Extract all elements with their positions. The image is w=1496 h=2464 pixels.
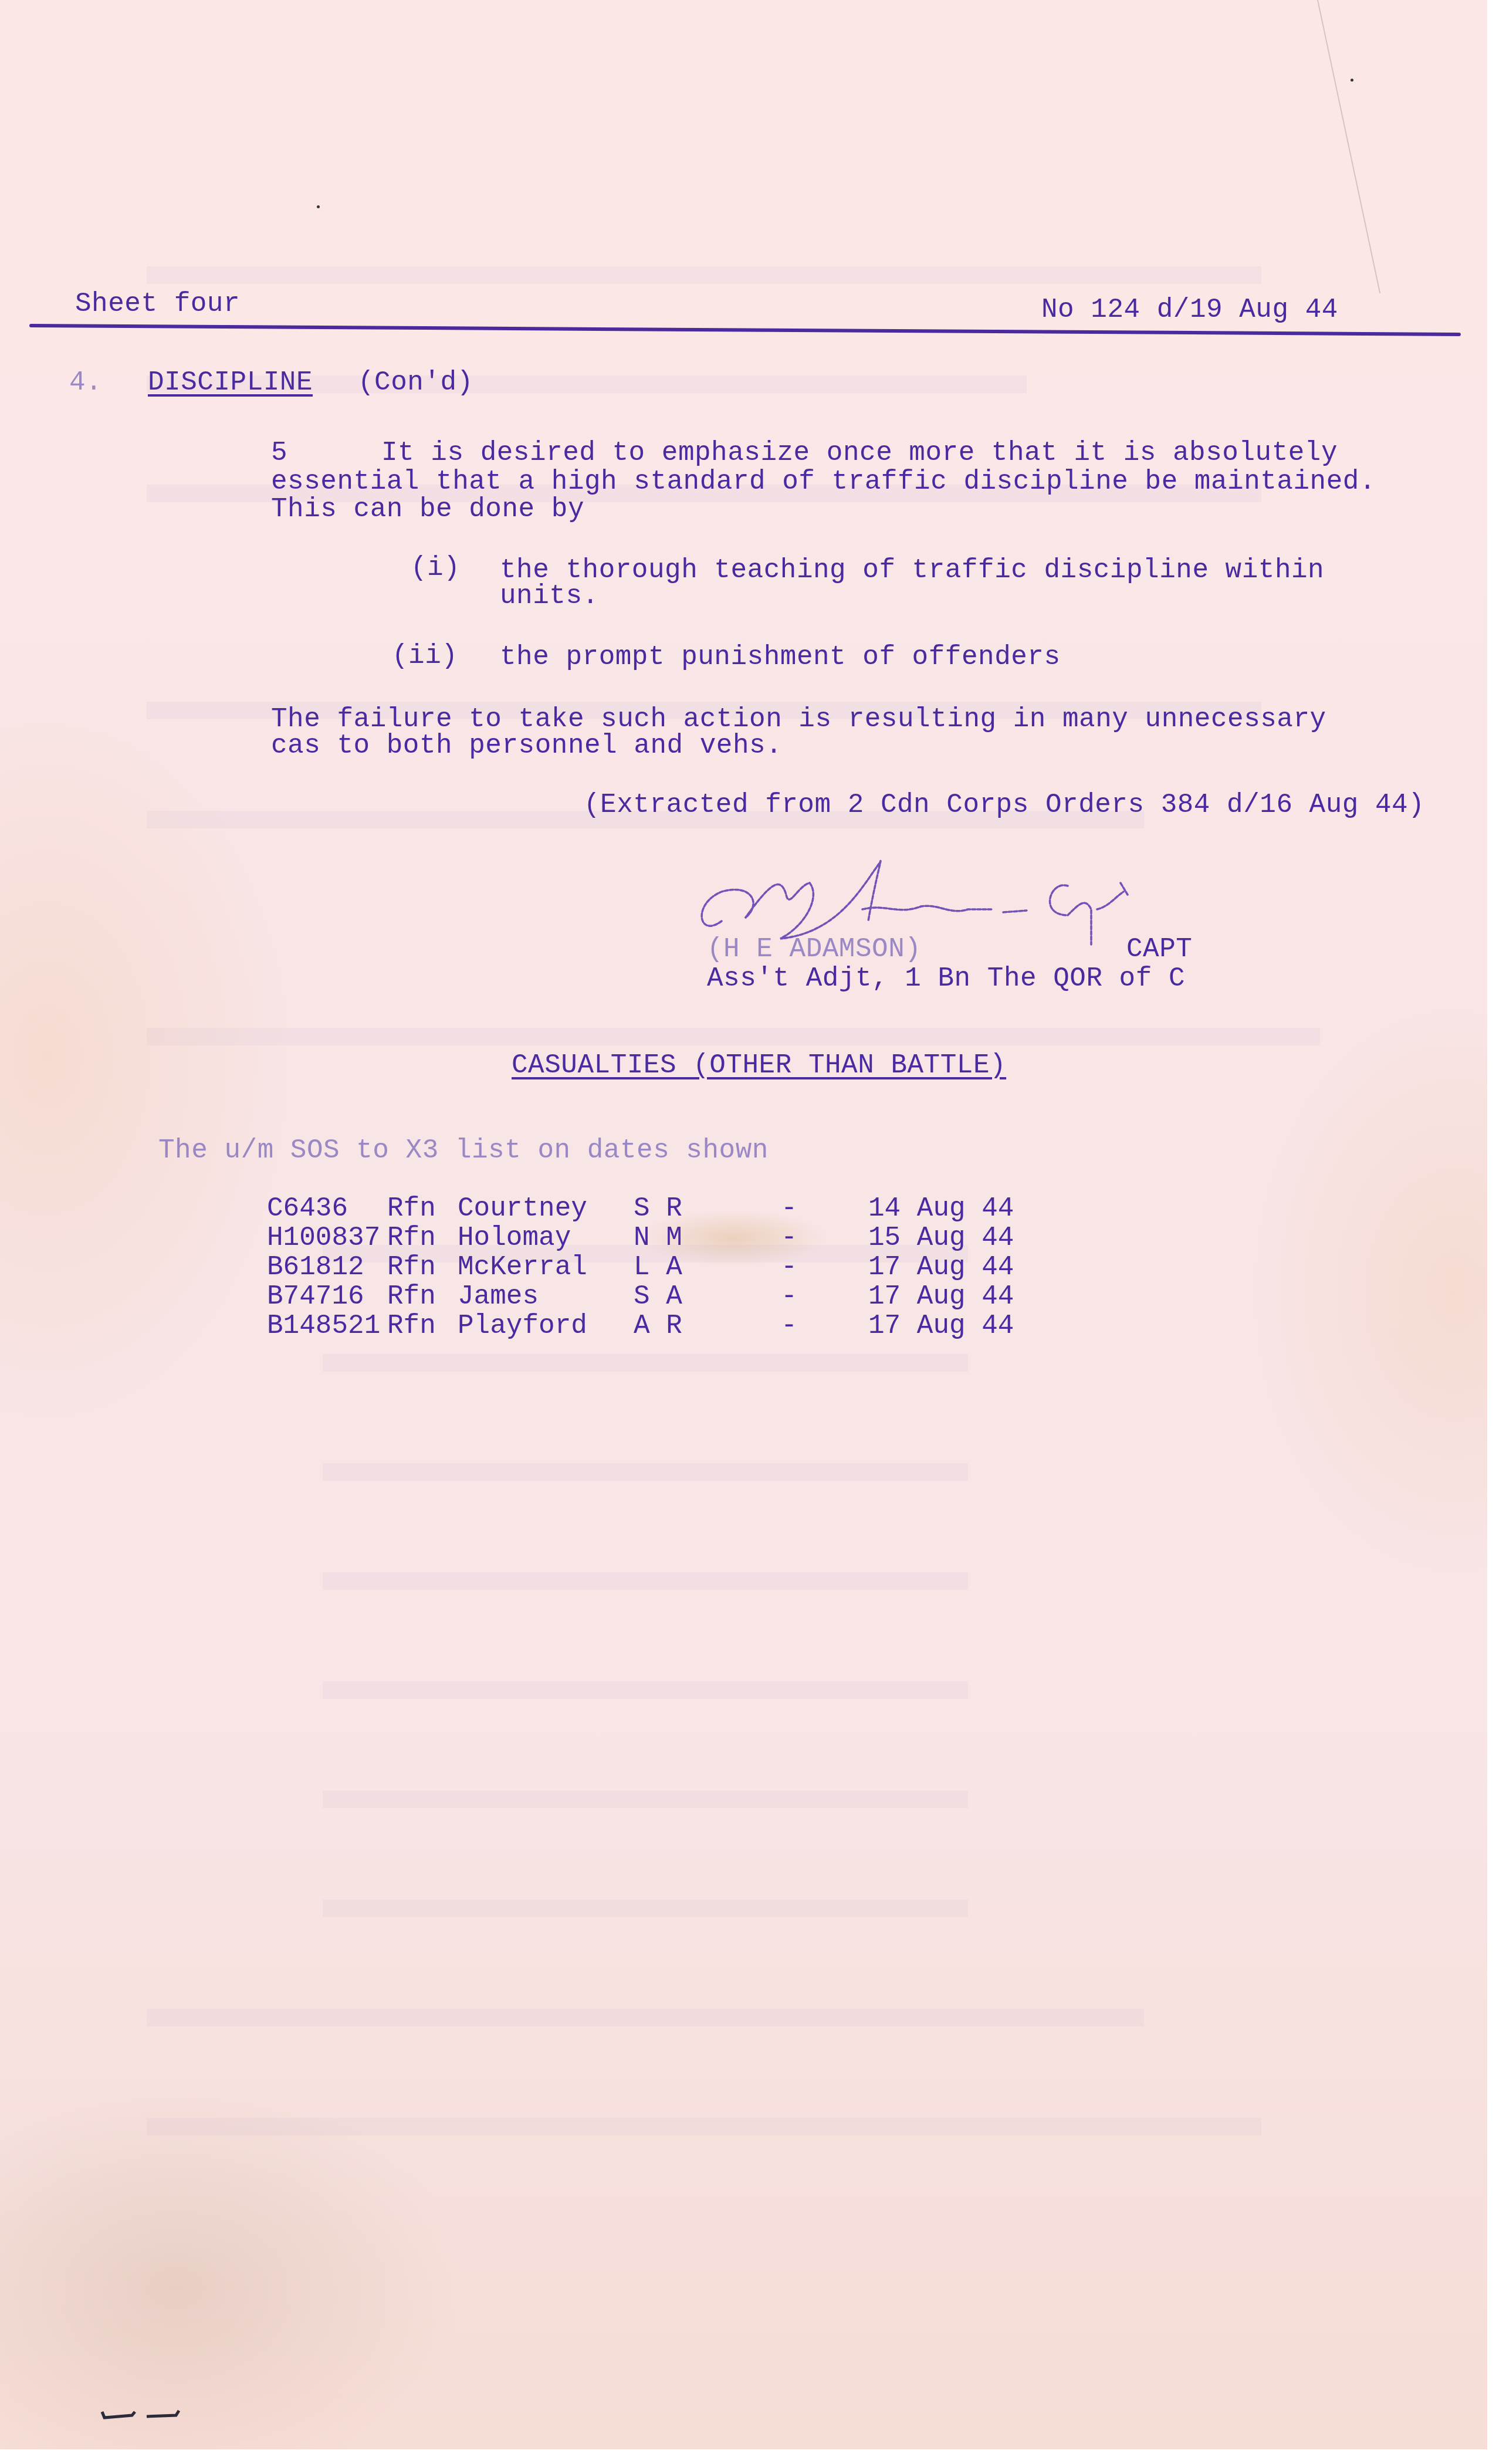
cell-initials: S A: [634, 1282, 710, 1311]
ink-speck: [317, 205, 320, 208]
table-row: H100837RfnHolomayN M-15 Aug 44: [267, 1223, 1021, 1253]
cell-number: B148521: [267, 1311, 387, 1341]
cell-rank: Rfn: [387, 1253, 458, 1282]
cell-dash: -: [710, 1223, 868, 1253]
casualties-title: CASUALTIES (OTHER THAN BATTLE): [512, 1050, 1006, 1081]
cell-number: B74716: [267, 1282, 387, 1311]
list-item-text: units.: [500, 581, 599, 611]
cell-date: 17 Aug 44: [868, 1282, 1021, 1311]
signatory-appointment: Ass't Adjt, 1 Bn The QOR of C: [707, 963, 1185, 994]
cell-name: Holomay: [458, 1223, 634, 1253]
cell-date: 17 Aug 44: [868, 1311, 1021, 1341]
cell-number: H100837: [267, 1223, 387, 1253]
ink-speck: [1351, 79, 1353, 82]
cell-rank: Rfn: [387, 1223, 458, 1253]
list-item-text: the prompt punishment of offenders: [500, 642, 1061, 672]
section-title: DISCIPLINE: [148, 367, 313, 398]
cell-name: Courtney: [458, 1194, 634, 1223]
cell-date: 17 Aug 44: [868, 1253, 1021, 1282]
staple-mark-icon: [100, 2408, 188, 2421]
table-row: B148521RfnPlayfordA R-17 Aug 44: [267, 1311, 1021, 1341]
cell-rank: Rfn: [387, 1282, 458, 1311]
cell-rank: Rfn: [387, 1311, 458, 1341]
cell-number: B61812: [267, 1253, 387, 1282]
cell-name: McKerral: [458, 1253, 634, 1282]
sheet-label: Sheet four: [75, 289, 240, 319]
cell-rank: Rfn: [387, 1194, 458, 1223]
table-row: B74716RfnJamesS A-17 Aug 44: [267, 1282, 1021, 1311]
cell-dash: -: [710, 1282, 868, 1311]
cell-date: 14 Aug 44: [868, 1194, 1021, 1223]
table-row: B61812RfnMcKerralL A-17 Aug 44: [267, 1253, 1021, 1282]
signatory-rank: CAPT: [1126, 934, 1192, 964]
cell-initials: S R: [634, 1194, 710, 1223]
paragraph-number: 5: [271, 438, 287, 468]
section-number: 4.: [69, 367, 102, 398]
cell-dash: -: [710, 1253, 868, 1282]
list-item-text: the thorough teaching of traffic discipl…: [500, 555, 1324, 585]
signatory-name: (H E ADAMSON): [707, 934, 921, 964]
paragraph-line: It is desired to emphasize once more tha…: [381, 438, 1338, 468]
reverse-side-bleed-through: [147, 1349, 1379, 2218]
cell-initials: N M: [634, 1223, 710, 1253]
paragraph-closing-line: cas to both personnel and vehs.: [271, 730, 782, 761]
cell-number: C6436: [267, 1194, 387, 1223]
cell-dash: -: [710, 1194, 868, 1223]
paragraph-line: essential that a high standard of traffi…: [271, 466, 1376, 497]
scan-margin-right: [1487, 0, 1496, 2464]
cell-date: 15 Aug 44: [868, 1223, 1021, 1253]
section-title-suffix: (Con'd): [358, 367, 473, 398]
cell-dash: -: [710, 1311, 868, 1341]
casualties-table: C6436RfnCourtneyS R-14 Aug 44H100837RfnH…: [267, 1194, 1021, 1341]
paragraph-line: This can be done by: [271, 494, 584, 524]
scan-margin-bottom: [0, 2449, 1496, 2464]
cell-initials: A R: [634, 1311, 710, 1341]
order-reference: No 124 d/19 Aug 44: [1041, 295, 1338, 325]
table-row: C6436RfnCourtneyS R-14 Aug 44: [267, 1194, 1021, 1223]
cell-name: Playford: [458, 1311, 634, 1341]
list-marker: (i): [411, 553, 460, 583]
source-note: (Extracted from 2 Cdn Corps Orders 384 d…: [584, 790, 1424, 820]
list-marker: (ii): [392, 641, 458, 671]
cell-name: James: [458, 1282, 634, 1311]
casualties-intro: The u/m SOS to X3 list on dates shown: [158, 1135, 769, 1166]
cell-initials: L A: [634, 1253, 710, 1282]
